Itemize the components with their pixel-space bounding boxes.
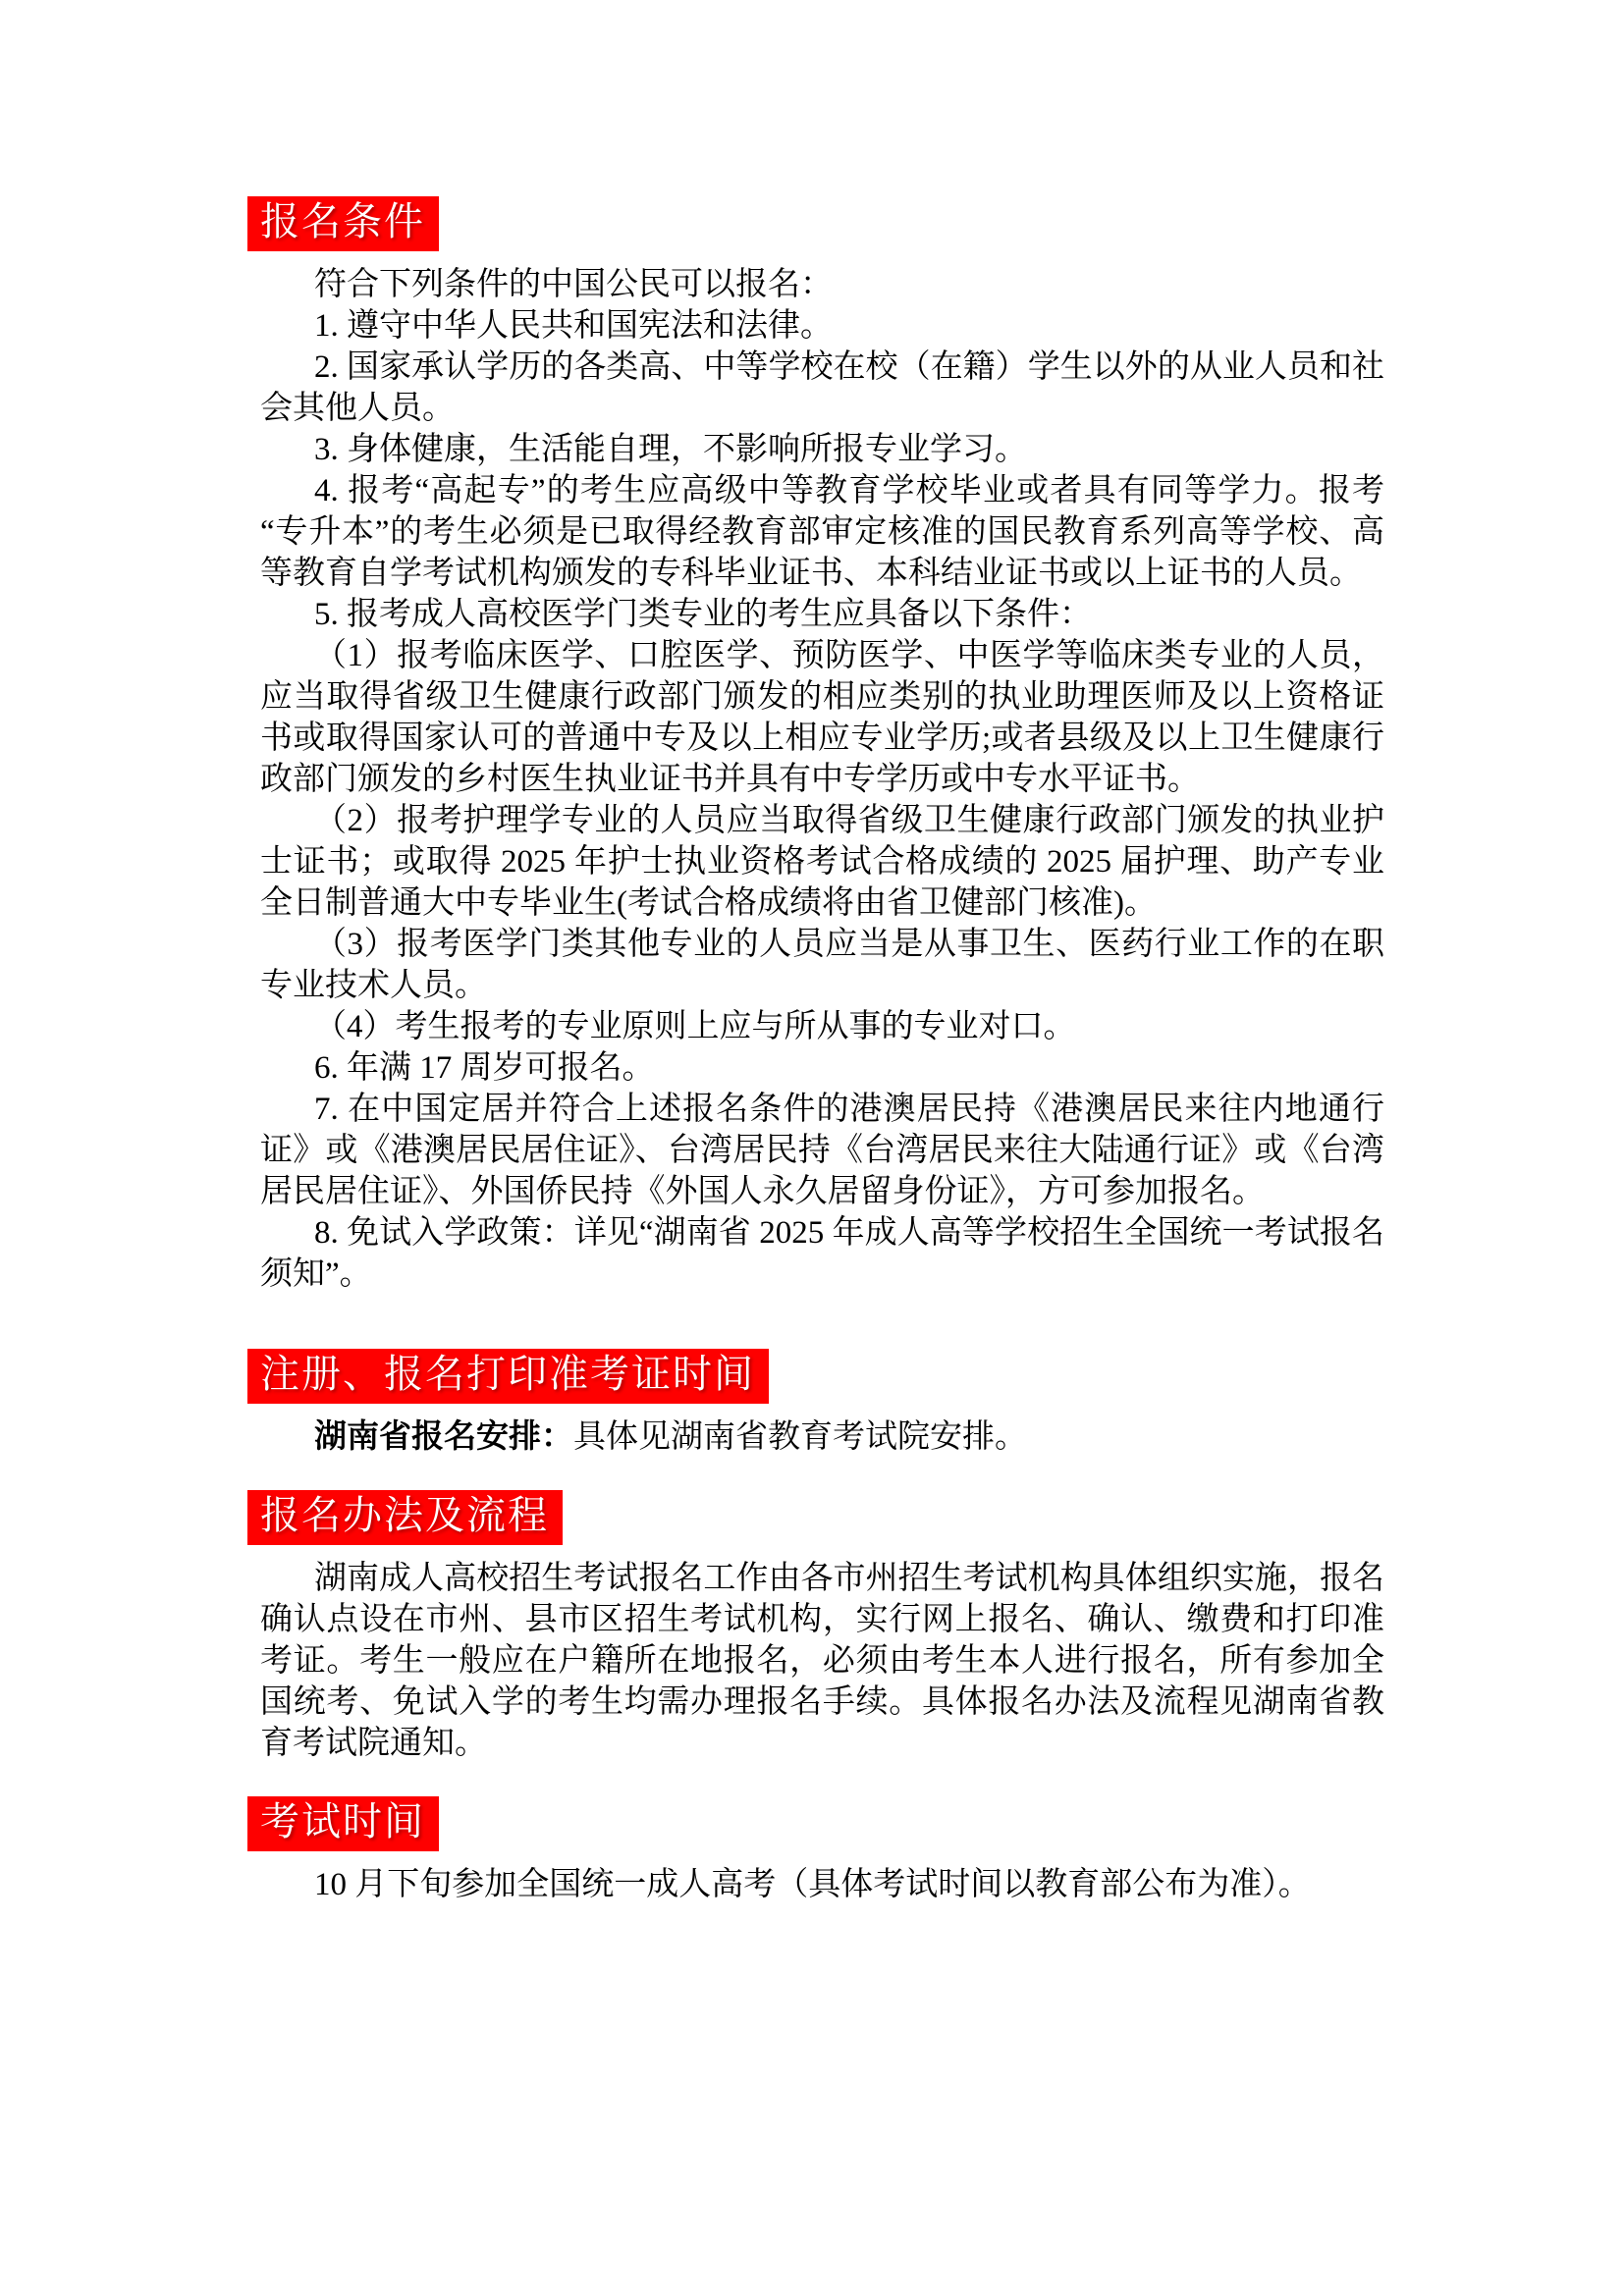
paragraph: 湖南成人高校招生考试报名工作由各市州招生考试机构具体组织实施，报名确认点设在市州… [260, 1558, 1384, 1764]
paragraph: 3. 身体健康，生活能自理，不影响所报专业学习。 [260, 429, 1384, 470]
paragraph: 8. 免试入学政策：详见“湖南省 2025 年成人高等学校招生全国统一考试报名须… [260, 1212, 1384, 1295]
paragraph: 10 月下旬参加全国统一成人高考（具体考试时间以教育部公布为准）。 [260, 1864, 1384, 1905]
paragraph: 6. 年满 17 周岁可报名。 [260, 1047, 1384, 1089]
heading-exam-time: 考试时间 [247, 1796, 439, 1851]
heading-registration-method-and-process: 报名办法及流程 [247, 1490, 563, 1545]
section-registration-conditions: 报名条件符合下列条件的中国公民可以报名：1. 遵守中华人民共和国宪法和法律。2.… [260, 196, 1384, 1295]
bold-lead: 湖南省报名安排： [314, 1419, 573, 1455]
paragraph: 1. 遵守中华人民共和国宪法和法律。 [260, 305, 1384, 347]
section-exam-time: 考试时间10 月下旬参加全国统一成人高考（具体考试时间以教育部公布为准）。 [260, 1796, 1384, 1905]
paragraph: （4）考生报考的专业原则上应与所从事的专业对口。 [260, 1006, 1384, 1047]
paragraph: （2）报考护理学专业的人员应当取得省级卫生健康行政部门颁发的执业护士证书；或取得… [260, 800, 1384, 924]
document-content: 报名条件符合下列条件的中国公民可以报名：1. 遵守中华人民共和国宪法和法律。2.… [0, 0, 1624, 1905]
heading-registration-conditions: 报名条件 [247, 196, 439, 251]
paragraph: （3）报考医学门类其他专业的人员应当是从事卫生、医药行业工作的在职专业技术人员。 [260, 924, 1384, 1006]
paragraph: （1）报考临床医学、口腔医学、预防医学、中医学等临床类专业的人员，应当取得省级卫… [260, 635, 1384, 800]
paragraph: 湖南省报名安排：具体见湖南省教育考试院安排。 [260, 1416, 1384, 1458]
document-page: 报名条件符合下列条件的中国公民可以报名：1. 遵守中华人民共和国宪法和法律。2.… [0, 0, 1624, 2296]
section-register-print-admission-ticket-time: 注册、报名打印准考证时间湖南省报名安排：具体见湖南省教育考试院安排。 [260, 1349, 1384, 1458]
paragraph: 2. 国家承认学历的各类高、中等学校在校（在籍）学生以外的从业人员和社会其他人员… [260, 347, 1384, 429]
heading-register-print-admission-ticket-time: 注册、报名打印准考证时间 [247, 1349, 769, 1404]
section-registration-method-and-process: 报名办法及流程湖南成人高校招生考试报名工作由各市州招生考试机构具体组织实施，报名… [260, 1490, 1384, 1764]
paragraph: 5. 报考成人高校医学门类专业的考生应具备以下条件： [260, 594, 1384, 635]
paragraph: 7. 在中国定居并符合上述报名条件的港澳居民持《港澳居民来往内地通行证》或《港澳… [260, 1089, 1384, 1212]
paragraph: 4. 报考“高起专”的考生应高级中等教育学校毕业或者具有同等学力。报考“专升本”… [260, 470, 1384, 594]
paragraph: 符合下列条件的中国公民可以报名： [260, 264, 1384, 305]
